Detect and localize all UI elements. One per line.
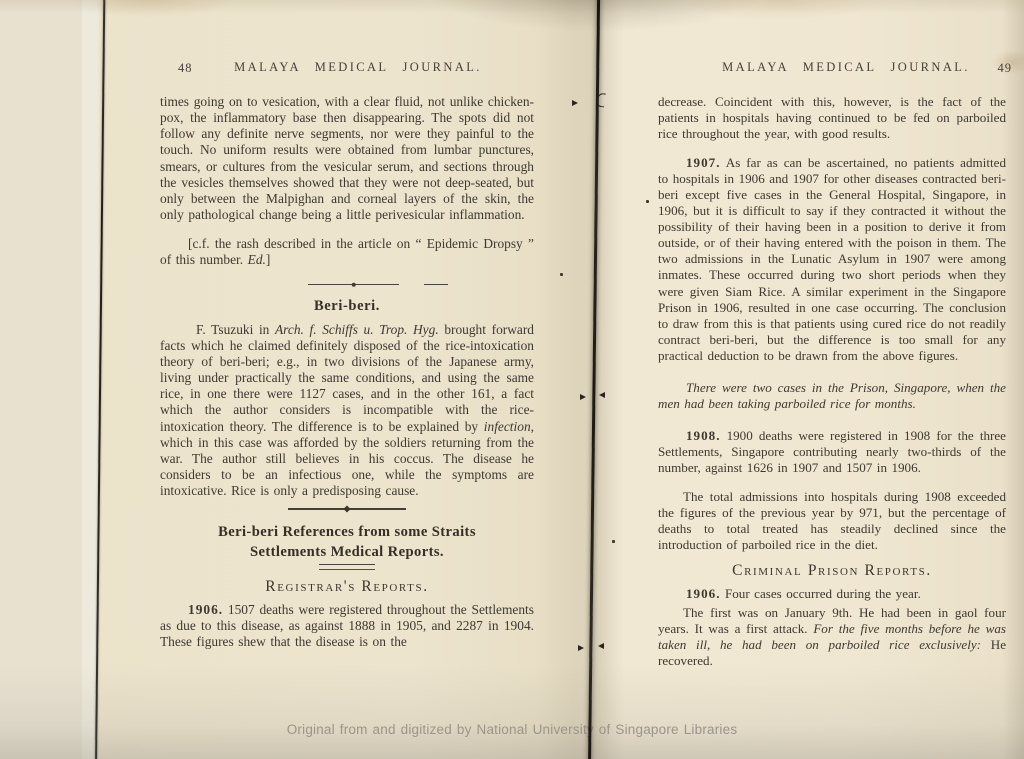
year-label-1906-right: 1906. (686, 586, 720, 601)
paragraph-decrease: decrease. Coincident with this, however,… (658, 94, 1006, 142)
paragraph-1906-cases: 1906. Four cases occurred during the yea… (658, 586, 1006, 602)
page-edge-line (95, 0, 105, 759)
divider-dash (424, 284, 448, 286)
subheading-criminal-prison-reports: Criminal Prison Reports. (658, 562, 1006, 580)
ink-mark-arrow (598, 643, 604, 649)
year-label-1906: 1906. (188, 602, 223, 617)
emphasis-infection: infection (484, 419, 531, 434)
section-divider-ornament (160, 281, 534, 289)
paragraph-1907: 1907. As far as can be ascertained, no p… (658, 155, 1006, 364)
running-head-right: MALAYA MEDICAL JOURNAL. 49 (658, 60, 1006, 80)
paragraph-prison-note-italic: There were two cases in the Prison, Sing… (658, 380, 1006, 412)
running-head-left: 48 MALAYA MEDICAL JOURNAL. (160, 60, 534, 80)
divider-diamond (343, 505, 350, 512)
divider-rule (308, 284, 399, 285)
divider-rule-diamond (288, 508, 406, 510)
ink-mark-arrow (599, 392, 605, 398)
editor-abbrev: Ed. (248, 252, 266, 267)
journal-title-right: MALAYA MEDICAL JOURNAL. (722, 60, 970, 74)
ink-mark-arrow (578, 645, 584, 651)
ink-speck (560, 273, 563, 276)
journal-title-left: MALAYA MEDICAL JOURNAL. (234, 60, 482, 74)
subheading-registrars-reports: Registrar's Reports. (160, 578, 534, 596)
ink-mark-arrow (580, 394, 586, 400)
divider-dot (351, 282, 356, 287)
ink-mark-arrow (572, 100, 578, 106)
year-label-1907: 1907. (686, 155, 720, 170)
paragraph-editor-note: [c.f. the rash described in the article … (160, 236, 534, 268)
paragraph-vesication: times going on to vesication, with a cle… (160, 94, 534, 223)
paragraph-tsuzuki: F. Tsuzuki in Arch. f. Schiffs u. Trop. … (160, 322, 534, 500)
section-divider-ornament-2 (160, 505, 534, 512)
ink-speck (646, 200, 649, 203)
page-right: MALAYA MEDICAL JOURNAL. 49 decrease. Coi… (658, 60, 1006, 669)
paragraph-1906-deaths: 1906. 1507 deaths were registered throug… (160, 602, 534, 650)
book-scan: 48 MALAYA MEDICAL JOURNAL. times going o… (0, 0, 1024, 759)
paragraph-1908: 1908. 1900 deaths were registered in 190… (658, 428, 1006, 476)
page-left: 48 MALAYA MEDICAL JOURNAL. times going o… (160, 60, 534, 650)
ink-speck (612, 540, 615, 543)
article-heading-beri-beri: Beri-beri. (160, 298, 534, 315)
year-label-1908: 1908. (686, 428, 720, 443)
references-heading: Beri-beri References from some Straits S… (160, 523, 534, 562)
digitization-watermark: Original from and digitized by National … (0, 722, 1024, 737)
paragraph-total-admissions: The total admissions into hospitals duri… (658, 489, 1006, 553)
page-number-right: 49 (998, 61, 1013, 76)
paragraph-first-case: The first was on January 9th. He had bee… (658, 605, 1006, 669)
heading-underline-rule (319, 564, 375, 569)
journal-citation: Arch. f. Schiffs u. Trop. Hyg. (275, 322, 439, 337)
page-number-left: 48 (178, 61, 193, 76)
